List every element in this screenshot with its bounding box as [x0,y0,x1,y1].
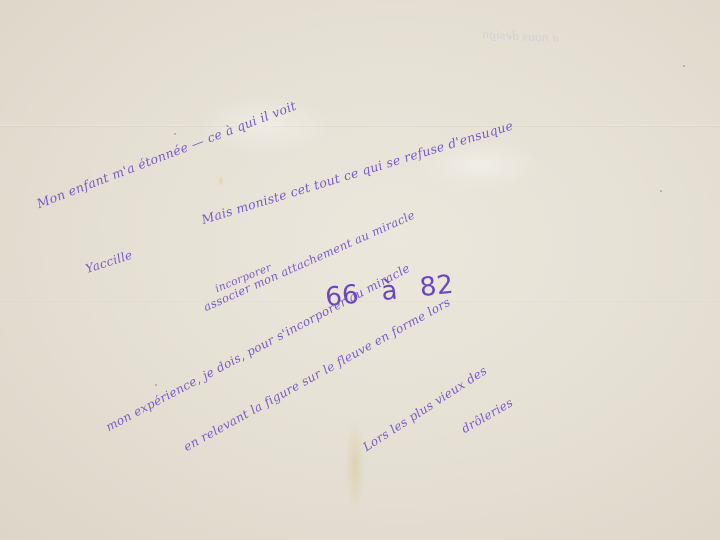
horizontal-fold-line [0,125,720,127]
handwritten-line: Yaccille [84,248,135,276]
paper-speck [155,384,157,386]
paper-stain [218,175,224,187]
show-through-text: a nous design [482,28,559,45]
paper-speck [683,65,685,67]
handwritten-line: Lors les plus vieux des [360,363,489,454]
handwritten-line: drôleries [459,395,515,436]
paper-speck [174,133,176,135]
paper-speck [660,190,662,192]
manuscript-page: a nous design Mon enfant m'a étonnée — c… [0,0,720,540]
paper-stain [345,420,365,510]
